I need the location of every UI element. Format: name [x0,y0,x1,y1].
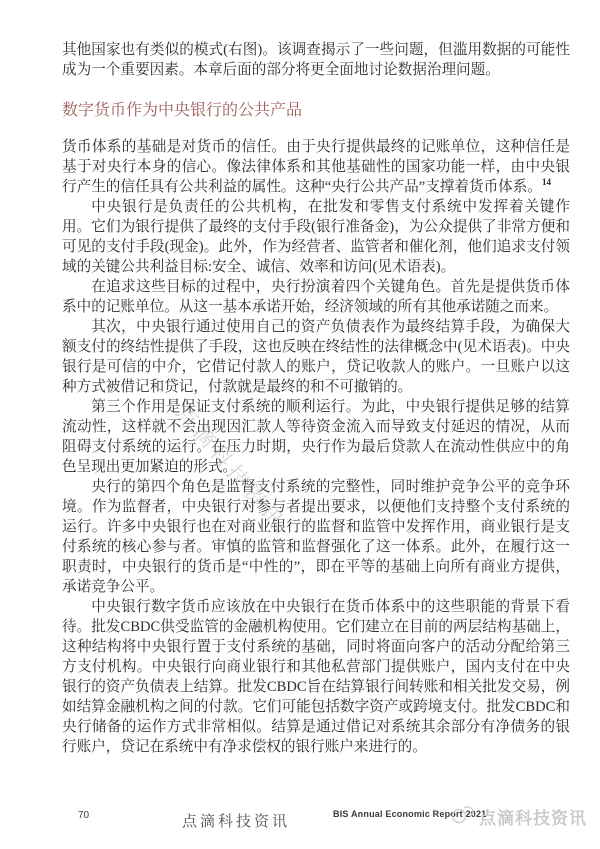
text-column: 其他国家也有类似的模式(右图)。该调查揭示了一些问题，但滥用数据的可能性成为一个… [62,40,570,757]
paragraph-third-role: 第三个作用是保证支付系统的顺利运行。为此，中央银行提供足够的结算流动性，这样就不… [62,397,570,477]
document-page: 点滴科技资讯 其他国家也有类似的模式(右图)。该调查揭示了一些问题，但滥用数据的… [0,0,600,849]
footer-watermark-brand-text: 点滴科技资讯 [479,804,587,829]
footer-watermark-text: 点滴科技资讯 [182,810,290,831]
paragraph-intro: 其他国家也有类似的模式(右图)。该调查揭示了一些问题，但滥用数据的可能性成为一个… [62,40,570,80]
paragraph-trust: 货币体系的基础是对货币的信任。由于央行提供最终的记账单位，这种信任是基于对央行本… [62,137,570,197]
section-heading: 数字货币作为中央银行的公共产品 [62,101,570,121]
page-number: 70 [78,810,89,821]
paragraph-goals: 在追求这些目标的过程中，央行扮演着四个关键角色。首先是提供货币体系中的记账单位。… [62,277,570,317]
paragraph-second-role: 其次，中央银行通过使用自己的资产负债表作为最终结算手段，为确保大额支付的终结性提… [62,317,570,397]
page-footer: 70 点滴科技资讯 BIS Annual Economic Report 202… [0,802,600,838]
paragraph-cbdc: 中央银行数字货币应该放在中央银行在货币体系中的这些职能的背景下看待。批发CBDC… [62,597,570,757]
paragraph-fourth-role: 央行的第四个角色是监督支付系统的完整性，同时维护竞争公平的竞争环境。作为监督者，… [62,477,570,597]
footnote-marker: 14 [542,177,551,187]
watermark-logo-icon [450,804,476,829]
paragraph-roles: 中央银行是负责任的公共机构，在批发和零售支付系统中发挥着关键作用。它们为银行提供… [62,197,570,277]
paragraph-trust-text: 货币体系的基础是对货币的信任。由于央行提供最终的记账单位，这种信任是基于对央行本… [62,139,570,195]
footer-watermark-brand: 点滴科技资讯 [450,804,587,829]
